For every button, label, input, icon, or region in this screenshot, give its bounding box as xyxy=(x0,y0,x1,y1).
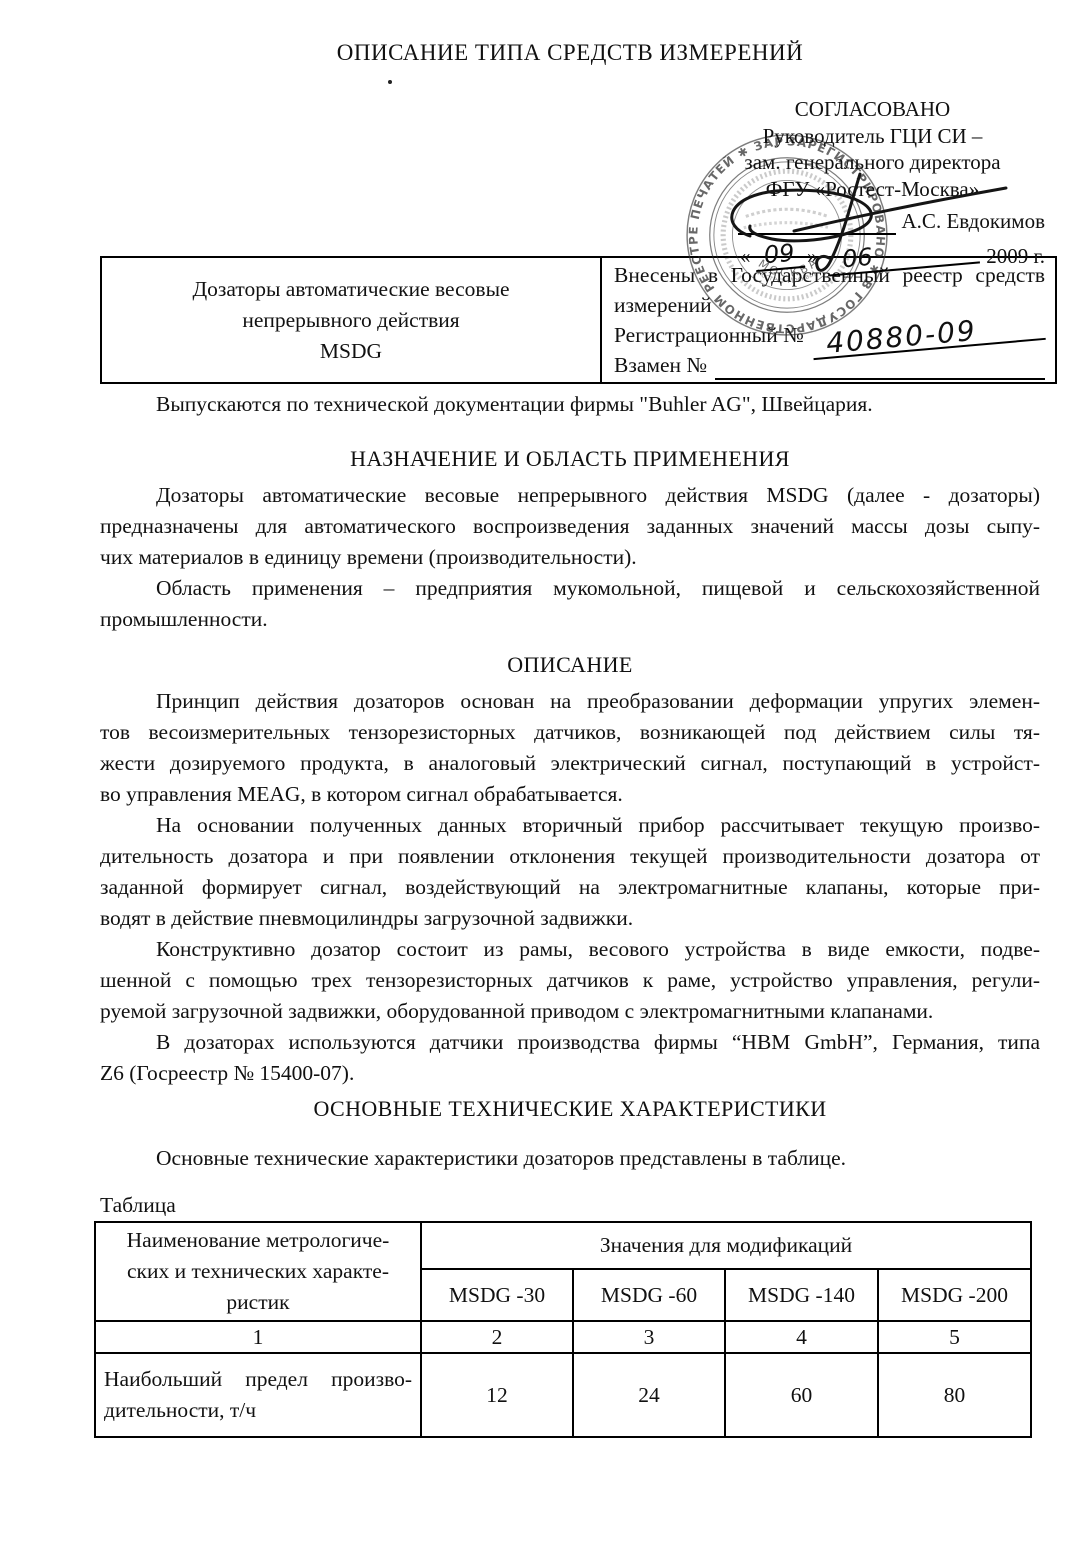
text-line: Дозаторы автоматические весовые xyxy=(112,274,590,305)
text-line: жести дозируемого продукта, в аналоговый… xyxy=(100,748,1040,779)
model-header-msdg60: MSDG -60 xyxy=(573,1269,725,1321)
max-capacity-msdg200: 80 xyxy=(878,1353,1031,1437)
values-header-cell: Значения для модификаций xyxy=(421,1222,1031,1269)
handwritten-signature xyxy=(698,162,1028,302)
text-line: ских и технических характе- xyxy=(104,1256,412,1287)
instrument-name-cell: Дозаторы автоматические весовыенепрерывн… xyxy=(101,257,601,383)
max-capacity-msdg60: 24 xyxy=(573,1353,725,1437)
text-line: MSDG xyxy=(112,336,590,367)
text-line: Z6 (Госреестр № 15400-07). xyxy=(100,1058,1040,1089)
max-capacity-msdg30: 12 xyxy=(421,1353,573,1437)
text-line: ристик xyxy=(104,1287,412,1318)
max-capacity-name-cell: Наибольший предел произво-дительности, т… xyxy=(95,1353,421,1437)
text-line: руемой загрузочной задвижки, оборудованн… xyxy=(100,996,1040,1027)
column-index-5: 5 xyxy=(878,1321,1031,1353)
text-line: Наименование метрологиче- xyxy=(104,1225,412,1256)
approved-label: СОГЛАСОВАНО xyxy=(700,96,1045,123)
text-line: шенной с помощью трех тензорезисторных д… xyxy=(100,965,1040,996)
text-line: Наибольший предел произво- xyxy=(104,1364,412,1395)
text-line: дительности, т/ч xyxy=(104,1395,412,1426)
model-header-msdg140: MSDG -140 xyxy=(725,1269,878,1321)
text-line: водят в действие пневмоцилиндры загрузоч… xyxy=(100,903,1040,934)
text-line: промышленности. xyxy=(100,604,1040,635)
text-line: предназначены для автоматического воспро… xyxy=(100,511,1040,542)
specs-intro-line: Основные технические характеристики доза… xyxy=(100,1143,1040,1174)
issued-by-line: Выпускаются по технической документации … xyxy=(100,389,1040,420)
column-index-2: 2 xyxy=(421,1321,573,1353)
spec-table: Наименование метрологиче-ских и техничес… xyxy=(94,1221,1032,1438)
model-header-msdg30: MSDG -30 xyxy=(421,1269,573,1321)
scanned-document-page: { "page": { "title": "ОПИСАНИЕ ТИПА СРЕД… xyxy=(0,0,1086,1560)
text-line: Область применения – предприятия мукомол… xyxy=(100,573,1040,604)
column-index-4: 4 xyxy=(725,1321,878,1353)
model-header-msdg200: MSDG -200 xyxy=(878,1269,1031,1321)
text-line: На основании полученных данных вторичный… xyxy=(100,810,1040,841)
text-line: Принцип действия дозаторов основан на пр… xyxy=(100,686,1040,717)
text-line: дительность дозатора и при появлении отк… xyxy=(100,841,1040,872)
description-paragraph: Принцип действия дозаторов основан на пр… xyxy=(100,686,1040,1089)
text-line: чих материалов в единицу времени (произв… xyxy=(100,542,1040,573)
text-line: непрерывного действия xyxy=(112,305,590,336)
text-line: тов весоизмерительных тензорезисторных д… xyxy=(100,717,1040,748)
purpose-paragraph: Дозаторы автоматические весовые непрерыв… xyxy=(100,480,1040,635)
text-line: В дозаторах используются датчики произво… xyxy=(100,1027,1040,1058)
table-label: Таблица xyxy=(100,1193,1040,1218)
description-heading: ОПИСАНИЕ xyxy=(100,652,1040,678)
specs-heading: ОСНОВНЫЕ ТЕХНИЧЕСКИЕ ХАРАКТЕРИСТИКИ xyxy=(100,1096,1040,1122)
approver-role-line1: Руководитель ГЦИ СИ – xyxy=(700,123,1045,150)
text-line: Конструктивно дозатор состоит из рамы, в… xyxy=(100,934,1040,965)
characteristics-header-cell: Наименование метрологиче-ских и техничес… xyxy=(95,1222,421,1321)
column-index-1: 1 xyxy=(95,1321,421,1353)
document-title: ОПИСАНИЕ ТИПА СРЕДСТВ ИЗМЕРЕНИЙ xyxy=(100,40,1040,66)
replaces-label: Взамен № xyxy=(614,350,707,380)
text-line: Дозаторы автоматические весовые непрерыв… xyxy=(100,480,1040,511)
text-line: во управления MEAG, в котором сигнал обр… xyxy=(100,779,1040,810)
purpose-heading: НАЗНАЧЕНИЕ И ОБЛАСТЬ ПРИМЕНЕНИЯ xyxy=(100,446,1040,472)
max-capacity-msdg140: 60 xyxy=(725,1353,878,1437)
text-line: заданной формирует сигнал, воздействующи… xyxy=(100,872,1040,903)
column-index-3: 3 xyxy=(573,1321,725,1353)
replaces-blank-line xyxy=(715,356,1045,380)
